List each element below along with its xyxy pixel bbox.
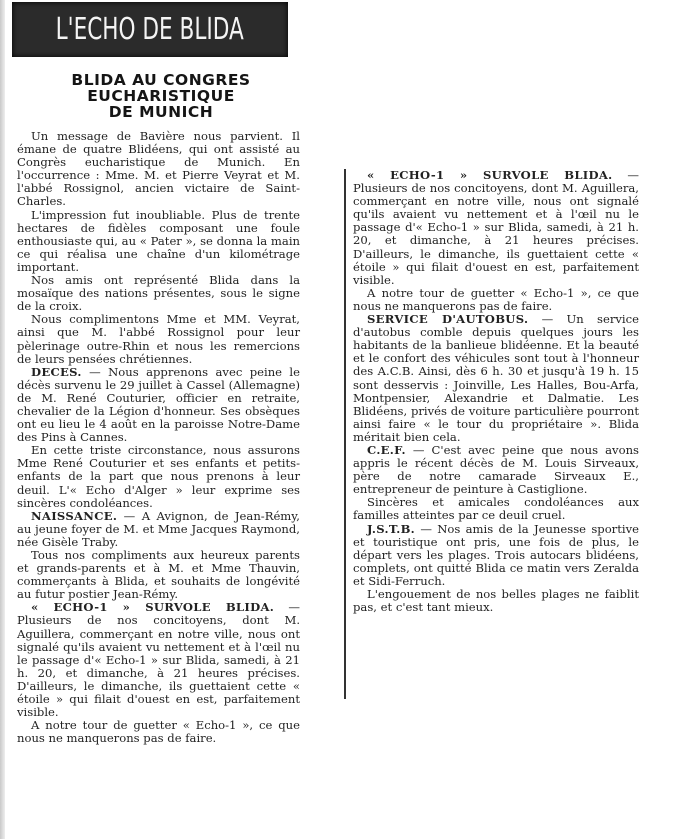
paragraph-autobus: SERVICE D'AUTOBUS. — Un service d'autobu… <box>353 313 639 444</box>
article-headline: BLIDA AU CONGRES EUCHARISTIQUE DE MUNICH <box>20 72 302 120</box>
paragraph: L'impression fut inoubliable. Plus de tr… <box>17 209 300 274</box>
headline-line: BLIDA AU CONGRES <box>20 72 302 88</box>
paragraph-echo1: « ECHO-1 » SURVOLE BLIDA. — Plusieurs de… <box>353 169 639 287</box>
masthead: L'ECHO DE BLIDA <box>12 2 288 57</box>
headline-line: DE MUNICH <box>20 104 302 120</box>
paragraph: Tous nos compliments aux heureux parents… <box>17 549 300 601</box>
paragraph-echo1: « ECHO-1 » SURVOLE BLIDA. — Plusieurs de… <box>17 601 300 719</box>
paragraph: Nous complimentons Mme et MM. Veyrat, ai… <box>17 313 300 365</box>
headline-line: EUCHARISTIQUE <box>20 88 302 104</box>
column-right: « ECHO-1 » SURVOLE BLIDA. — Plusieurs de… <box>344 169 639 699</box>
paragraph-deces: DECES. — Nous apprenons avec peine le dé… <box>17 366 300 445</box>
paragraph: En cette triste circonstance, nous assur… <box>17 444 300 509</box>
paragraph-jstb: J.S.T.B. — Nos amis de la Jeunesse sport… <box>353 523 639 588</box>
column-left: Un message de Bavière nous parvient. Il … <box>17 130 300 745</box>
paragraph: A notre tour de guetter « Echo-1 », ce q… <box>17 719 300 745</box>
paragraph: Un message de Bavière nous parvient. Il … <box>17 130 300 209</box>
paragraph-cef: C.E.F. — C'est avec peine que nous avons… <box>353 444 639 496</box>
paragraph: A notre tour de guetter « Echo-1 », ce q… <box>353 287 639 313</box>
paragraph-naissance: NAISSANCE. — A Avignon, de Jean-Rémy, au… <box>17 510 300 549</box>
masthead-title: L'ECHO DE BLIDA <box>56 12 244 47</box>
page-edge <box>0 0 5 839</box>
paragraph: Nos amis ont représenté Blida dans la mo… <box>17 274 300 313</box>
paragraph: Sincères et amicales condoléances aux fa… <box>353 496 639 522</box>
paragraph: L'engouement de nos belles plages ne fai… <box>353 588 639 614</box>
